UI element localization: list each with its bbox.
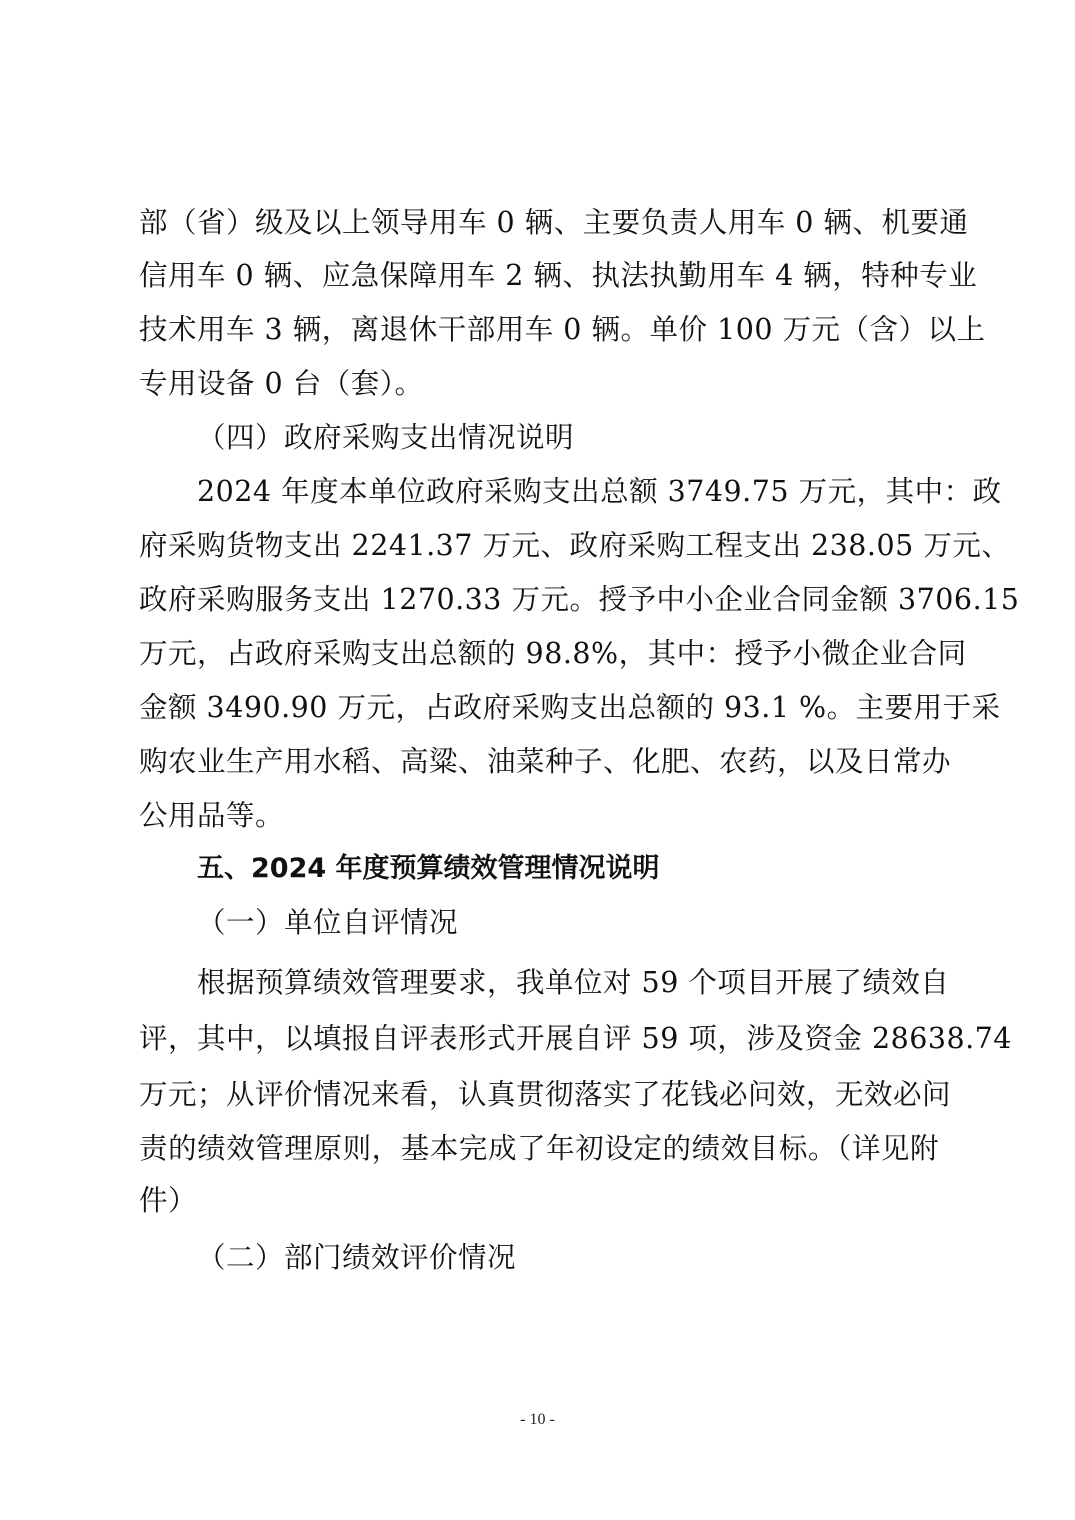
procurement-line-6: 购农业生产用水稻、高粱、油菜种子、化肥、农药，以及日常办 xyxy=(139,744,939,780)
subheading-self-evaluation: （一）单位自评情况 xyxy=(197,905,997,941)
self-eval-line-5: 件） xyxy=(139,1183,939,1219)
body-line-4: 专用设备 0 台（套）。 xyxy=(139,366,939,402)
procurement-line-3: 政府采购服务支出 1270.33 万元。授予中小企业合同金额 3706.15 xyxy=(139,582,939,618)
body-line-3: 技术用车 3 辆，离退休干部用车 0 辆。单价 100 万元（含）以上 xyxy=(139,312,939,348)
self-eval-line-4: 责的绩效管理原则，基本完成了年初设定的绩效目标。（详见附 xyxy=(139,1131,939,1167)
procurement-line-7: 公用品等。 xyxy=(139,798,939,834)
procurement-line-1: 2024 年度本单位政府采购支出总额 3749.75 万元，其中：政 xyxy=(197,474,939,510)
subheading-procurement: （四）政府采购支出情况说明 xyxy=(197,420,997,456)
body-line-1: 部（省）级及以上领导用车 0 辆、主要负责人用车 0 辆、机要通 xyxy=(139,205,939,241)
section-heading-performance: 五、2024 年度预算绩效管理情况说明 xyxy=(197,851,997,887)
procurement-line-2: 府采购货物支出 2241.37 万元、政府采购工程支出 238.05 万元、 xyxy=(139,528,939,564)
procurement-line-4: 万元，占政府采购支出总额的 98.8%，其中：授予小微企业合同 xyxy=(139,636,939,672)
self-eval-line-3: 万元；从评价情况来看，认真贯彻落实了花钱必问效，无效必问 xyxy=(139,1077,939,1113)
procurement-line-5: 金额 3490.90 万元，占政府采购支出总额的 93.1 %。主要用于采 xyxy=(139,690,939,726)
self-eval-line-2: 评，其中，以填报自评表形式开展自评 59 项，涉及资金 28638.74 xyxy=(139,1021,939,1057)
self-eval-line-1: 根据预算绩效管理要求，我单位对 59 个项目开展了绩效自 xyxy=(197,965,939,1001)
page-number: - 10 - xyxy=(0,1410,1075,1430)
body-line-2: 信用车 0 辆、应急保障用车 2 辆、执法执勤用车 4 辆，特种专业 xyxy=(139,258,939,294)
document-page: 部（省）级及以上领导用车 0 辆、主要负责人用车 0 辆、机要通 信用车 0 辆… xyxy=(0,0,1075,1520)
subheading-dept-evaluation: （二）部门绩效评价情况 xyxy=(197,1240,997,1276)
